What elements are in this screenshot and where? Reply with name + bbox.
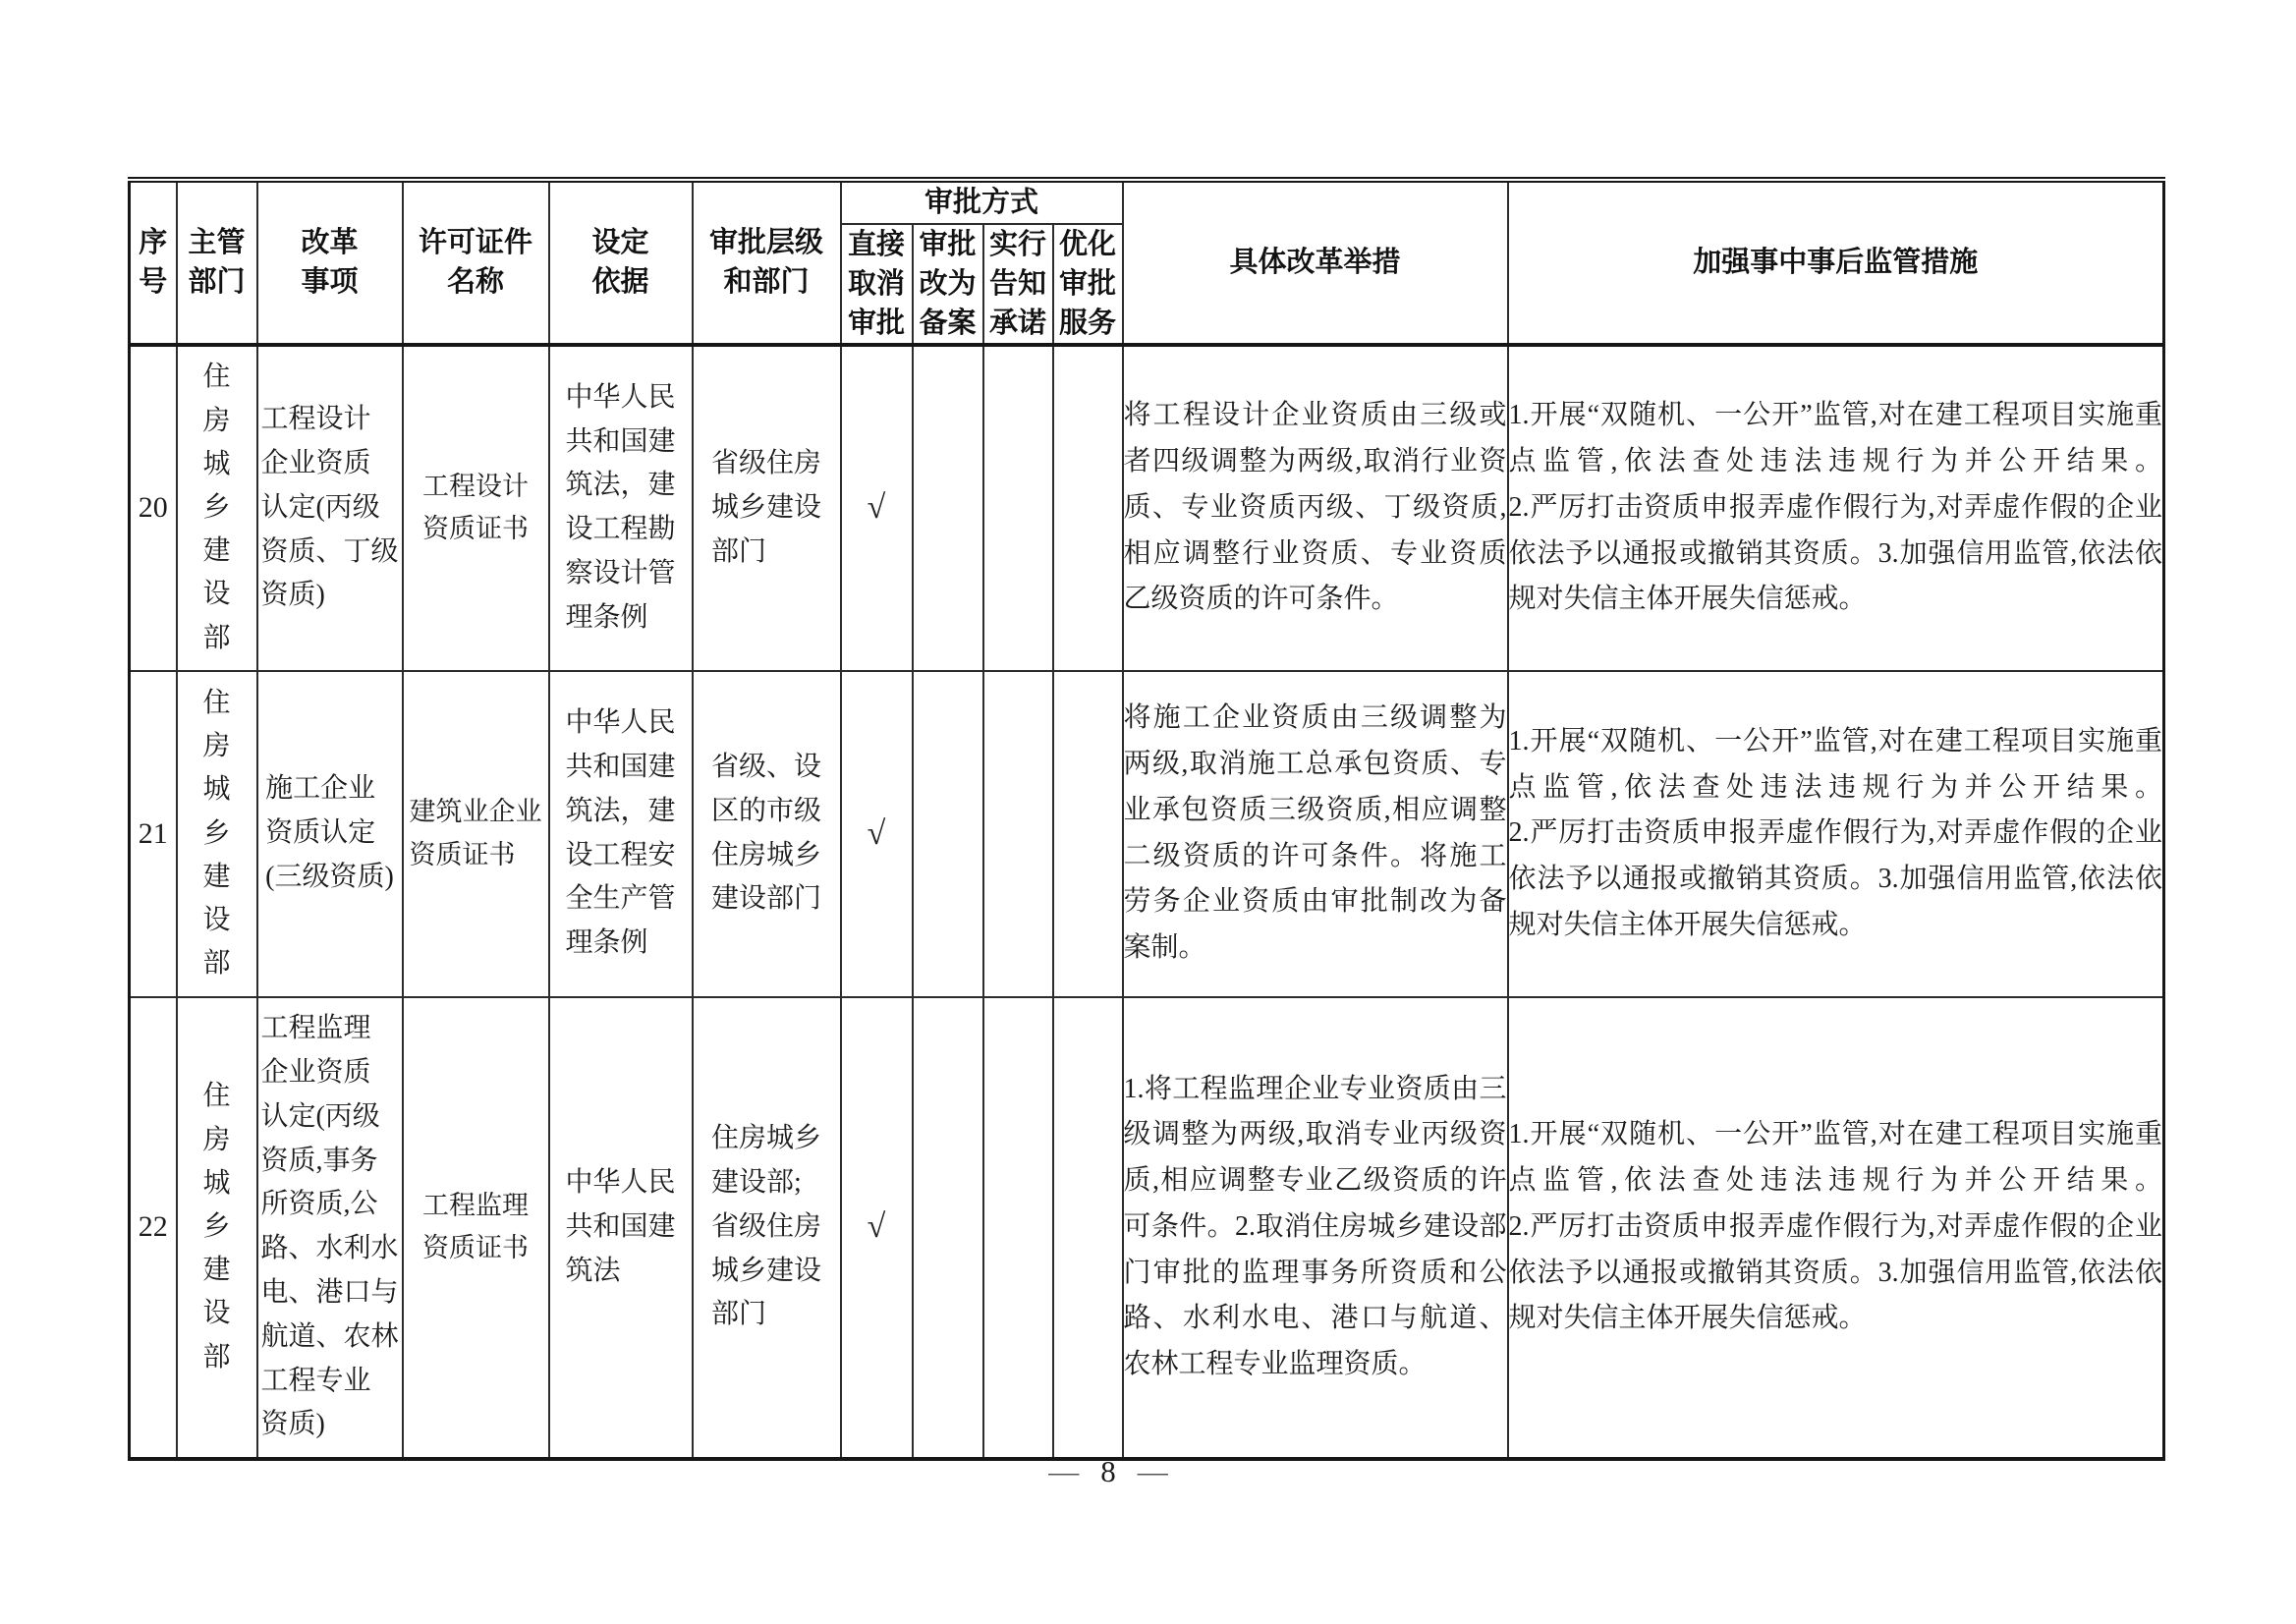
cell-dept: 住 房 城 乡 建 设 部	[177, 997, 257, 1459]
cell-basis: 中华人民 共和国建 筑法	[549, 997, 693, 1459]
level-text: 省级住房 城乡建设 部门	[711, 442, 821, 574]
cell-supervision: 1.开展“双随机、一公开”监管,对在建工程项目实施重点监管,依法查处违法违规行为…	[1508, 345, 2164, 671]
cell-no: 20	[130, 345, 177, 671]
cell-optimize-check	[1053, 997, 1123, 1459]
col-header-measures: 具体改革举措	[1123, 180, 1508, 345]
supervision-paragraph: 2.严厉打击资质申报弄虚作假行为,对弄虚作假的企业依法予以通报或撤销其资质。3.…	[1509, 1204, 2163, 1342]
supervision-paragraph: 2.严厉打击资质申报弄虚作假行为,对弄虚作假的企业依法予以通报或撤销其资质。3.…	[1509, 811, 2163, 948]
col-header-basis: 设定 依据	[549, 180, 693, 345]
cell-no: 22	[130, 997, 177, 1459]
basis-text: 中华人民 共和国建 筑法，建 设工程勘 察设计管 理条例	[565, 376, 675, 641]
cell-cancel-check: √	[841, 345, 913, 671]
basis-text: 中华人民 共和国建 筑法	[565, 1161, 675, 1293]
level-text: 住房城乡 建设部; 省级住房 城乡建设 部门	[711, 1117, 821, 1337]
footer-right-dash: —	[1138, 1454, 1168, 1489]
cell-measures: 1.将工程监理企业专业资质由三级调整为两级,取消专业丙级资质,相应调整专业乙级资…	[1123, 997, 1508, 1459]
cell-record-check	[913, 345, 983, 671]
license-text: 工程监理 资质证书	[422, 1185, 529, 1269]
license-text: 工程设计 资质证书	[422, 466, 529, 550]
supervision-paragraph: 2.严厉打击资质申报弄虚作假行为,对弄虚作假的企业依法予以通报或撤销其资质。3.…	[1509, 485, 2163, 623]
cell-item: 施工企业 资质认定 (三级资质)	[257, 671, 403, 997]
approval-reform-table-wrap: 序 号 主管 部门 改革 事项 许可证件 名称 设定 依据 审批层级 和部门 审…	[128, 177, 2165, 1461]
supervision-paragraph: 1.开展“双随机、一公开”监管,对在建工程项目实施重点监管,依法查处违法违规行为…	[1509, 719, 2163, 812]
supervision-paragraph: 1.开展“双随机、一公开”监管,对在建工程项目实施重点监管,依法查处违法违规行为…	[1509, 1112, 2163, 1204]
cell-measures: 将工程设计企业资质由三级或者四级调整为两级,取消行业资质、专业资质丙级、丁级资质…	[1123, 345, 1508, 671]
col-header-cancel: 直接 取消 审批	[841, 224, 913, 345]
measures-text: 1.将工程监理企业专业资质由三级调整为两级,取消专业丙级资质,相应调整专业乙级资…	[1124, 1067, 1507, 1388]
cell-basis: 中华人民 共和国建 筑法，建 设工程勘 察设计管 理条例	[549, 345, 693, 671]
table-row: 20 住 房 城 乡 建 设 部 工程设计 企业资质 认定(丙级 资质、丁级 资…	[130, 345, 2164, 671]
cell-level: 住房城乡 建设部; 省级住房 城乡建设 部门	[693, 997, 841, 1459]
cell-notify-check	[983, 671, 1053, 997]
cell-no: 21	[130, 671, 177, 997]
cell-item: 工程设计 企业资质 认定(丙级 资质、丁级 资质)	[257, 345, 403, 671]
table-row: 22 住 房 城 乡 建 设 部 工程监理 企业资质 认定(丙级 资质,事务 所…	[130, 997, 2164, 1459]
col-header-optimize: 优化 审批 服务	[1053, 224, 1123, 345]
measures-text: 将施工企业资质由三级调整为两级,取消施工总承包资质、专业承包资质三级资质,相应调…	[1124, 696, 1507, 972]
item-text: 工程监理 企业资质 认定(丙级 资质,事务 所资质,公 路、水利水 电、港口与 …	[260, 1007, 398, 1447]
dept-text: 住 房 城 乡 建 设 部	[202, 356, 230, 660]
cell-cancel-check: √	[841, 671, 913, 997]
item-text: 工程设计 企业资质 认定(丙级 资质、丁级 资质)	[260, 398, 398, 618]
table-row: 21 住 房 城 乡 建 设 部 施工企业 资质认定 (三级资质) 建筑业企业 …	[130, 671, 2164, 997]
cell-optimize-check	[1053, 671, 1123, 997]
license-text: 建筑业企业 资质证书	[410, 791, 542, 875]
header-row-top: 序 号 主管 部门 改革 事项 许可证件 名称 设定 依据 审批层级 和部门 审…	[130, 180, 2164, 224]
col-header-notify: 实行 告知 承诺	[983, 224, 1053, 345]
cell-level: 省级、设 区的市级 住房城乡 建设部门	[693, 671, 841, 997]
dept-text: 住 房 城 乡 建 设 部	[202, 682, 230, 986]
dept-text: 住 房 城 乡 建 设 部	[202, 1075, 230, 1379]
cell-notify-check	[983, 345, 1053, 671]
col-header-dept: 主管 部门	[177, 180, 257, 345]
item-text: 施工企业 资质认定 (三级资质)	[265, 767, 394, 899]
page-number: 8	[1100, 1454, 1116, 1489]
col-header-level: 审批层级 和部门	[693, 180, 841, 345]
col-header-license: 许可证件 名称	[403, 180, 549, 345]
cell-cancel-check: √	[841, 997, 913, 1459]
cell-basis: 中华人民 共和国建 筑法，建 设工程安 全生产管 理条例	[549, 671, 693, 997]
col-header-supervision: 加强事中事后监管措施	[1508, 180, 2164, 345]
cell-record-check	[913, 997, 983, 1459]
cell-optimize-check	[1053, 345, 1123, 671]
table-header: 序 号 主管 部门 改革 事项 许可证件 名称 设定 依据 审批层级 和部门 审…	[130, 180, 2164, 345]
cell-license: 工程设计 资质证书	[403, 345, 549, 671]
col-header-item: 改革 事项	[257, 180, 403, 345]
level-text: 省级、设 区的市级 住房城乡 建设部门	[711, 746, 821, 922]
document-page: 序 号 主管 部门 改革 事项 许可证件 名称 设定 依据 审批层级 和部门 审…	[0, 0, 2296, 1624]
col-header-no: 序 号	[130, 180, 177, 345]
approval-reform-table: 序 号 主管 部门 改革 事项 许可证件 名称 设定 依据 审批层级 和部门 审…	[128, 177, 2165, 1461]
cell-license: 建筑业企业 资质证书	[403, 671, 549, 997]
basis-text: 中华人民 共和国建 筑法，建 设工程安 全生产管 理条例	[565, 701, 675, 966]
cell-supervision: 1.开展“双随机、一公开”监管,对在建工程项目实施重点监管,依法查处违法违规行为…	[1508, 671, 2164, 997]
col-header-method-group: 审批方式	[841, 180, 1123, 224]
cell-item: 工程监理 企业资质 认定(丙级 资质,事务 所资质,公 路、水利水 电、港口与 …	[257, 997, 403, 1459]
footer-left-dash: —	[1048, 1454, 1079, 1489]
col-header-record: 审批 改为 备案	[913, 224, 983, 345]
cell-supervision: 1.开展“双随机、一公开”监管,对在建工程项目实施重点监管,依法查处违法违规行为…	[1508, 997, 2164, 1459]
measures-text: 将工程设计企业资质由三级或者四级调整为两级,取消行业资质、专业资质丙级、丁级资质…	[1124, 393, 1507, 623]
cell-record-check	[913, 671, 983, 997]
cell-notify-check	[983, 997, 1053, 1459]
cell-dept: 住 房 城 乡 建 设 部	[177, 671, 257, 997]
cell-level: 省级住房 城乡建设 部门	[693, 345, 841, 671]
supervision-paragraph: 1.开展“双随机、一公开”监管,对在建工程项目实施重点监管,依法查处违法违规行为…	[1509, 393, 2163, 485]
page-footer: — 8 —	[1048, 1454, 1168, 1489]
cell-dept: 住 房 城 乡 建 设 部	[177, 345, 257, 671]
cell-measures: 将施工企业资质由三级调整为两级,取消施工总承包资质、专业承包资质三级资质,相应调…	[1123, 671, 1508, 997]
cell-license: 工程监理 资质证书	[403, 997, 549, 1459]
